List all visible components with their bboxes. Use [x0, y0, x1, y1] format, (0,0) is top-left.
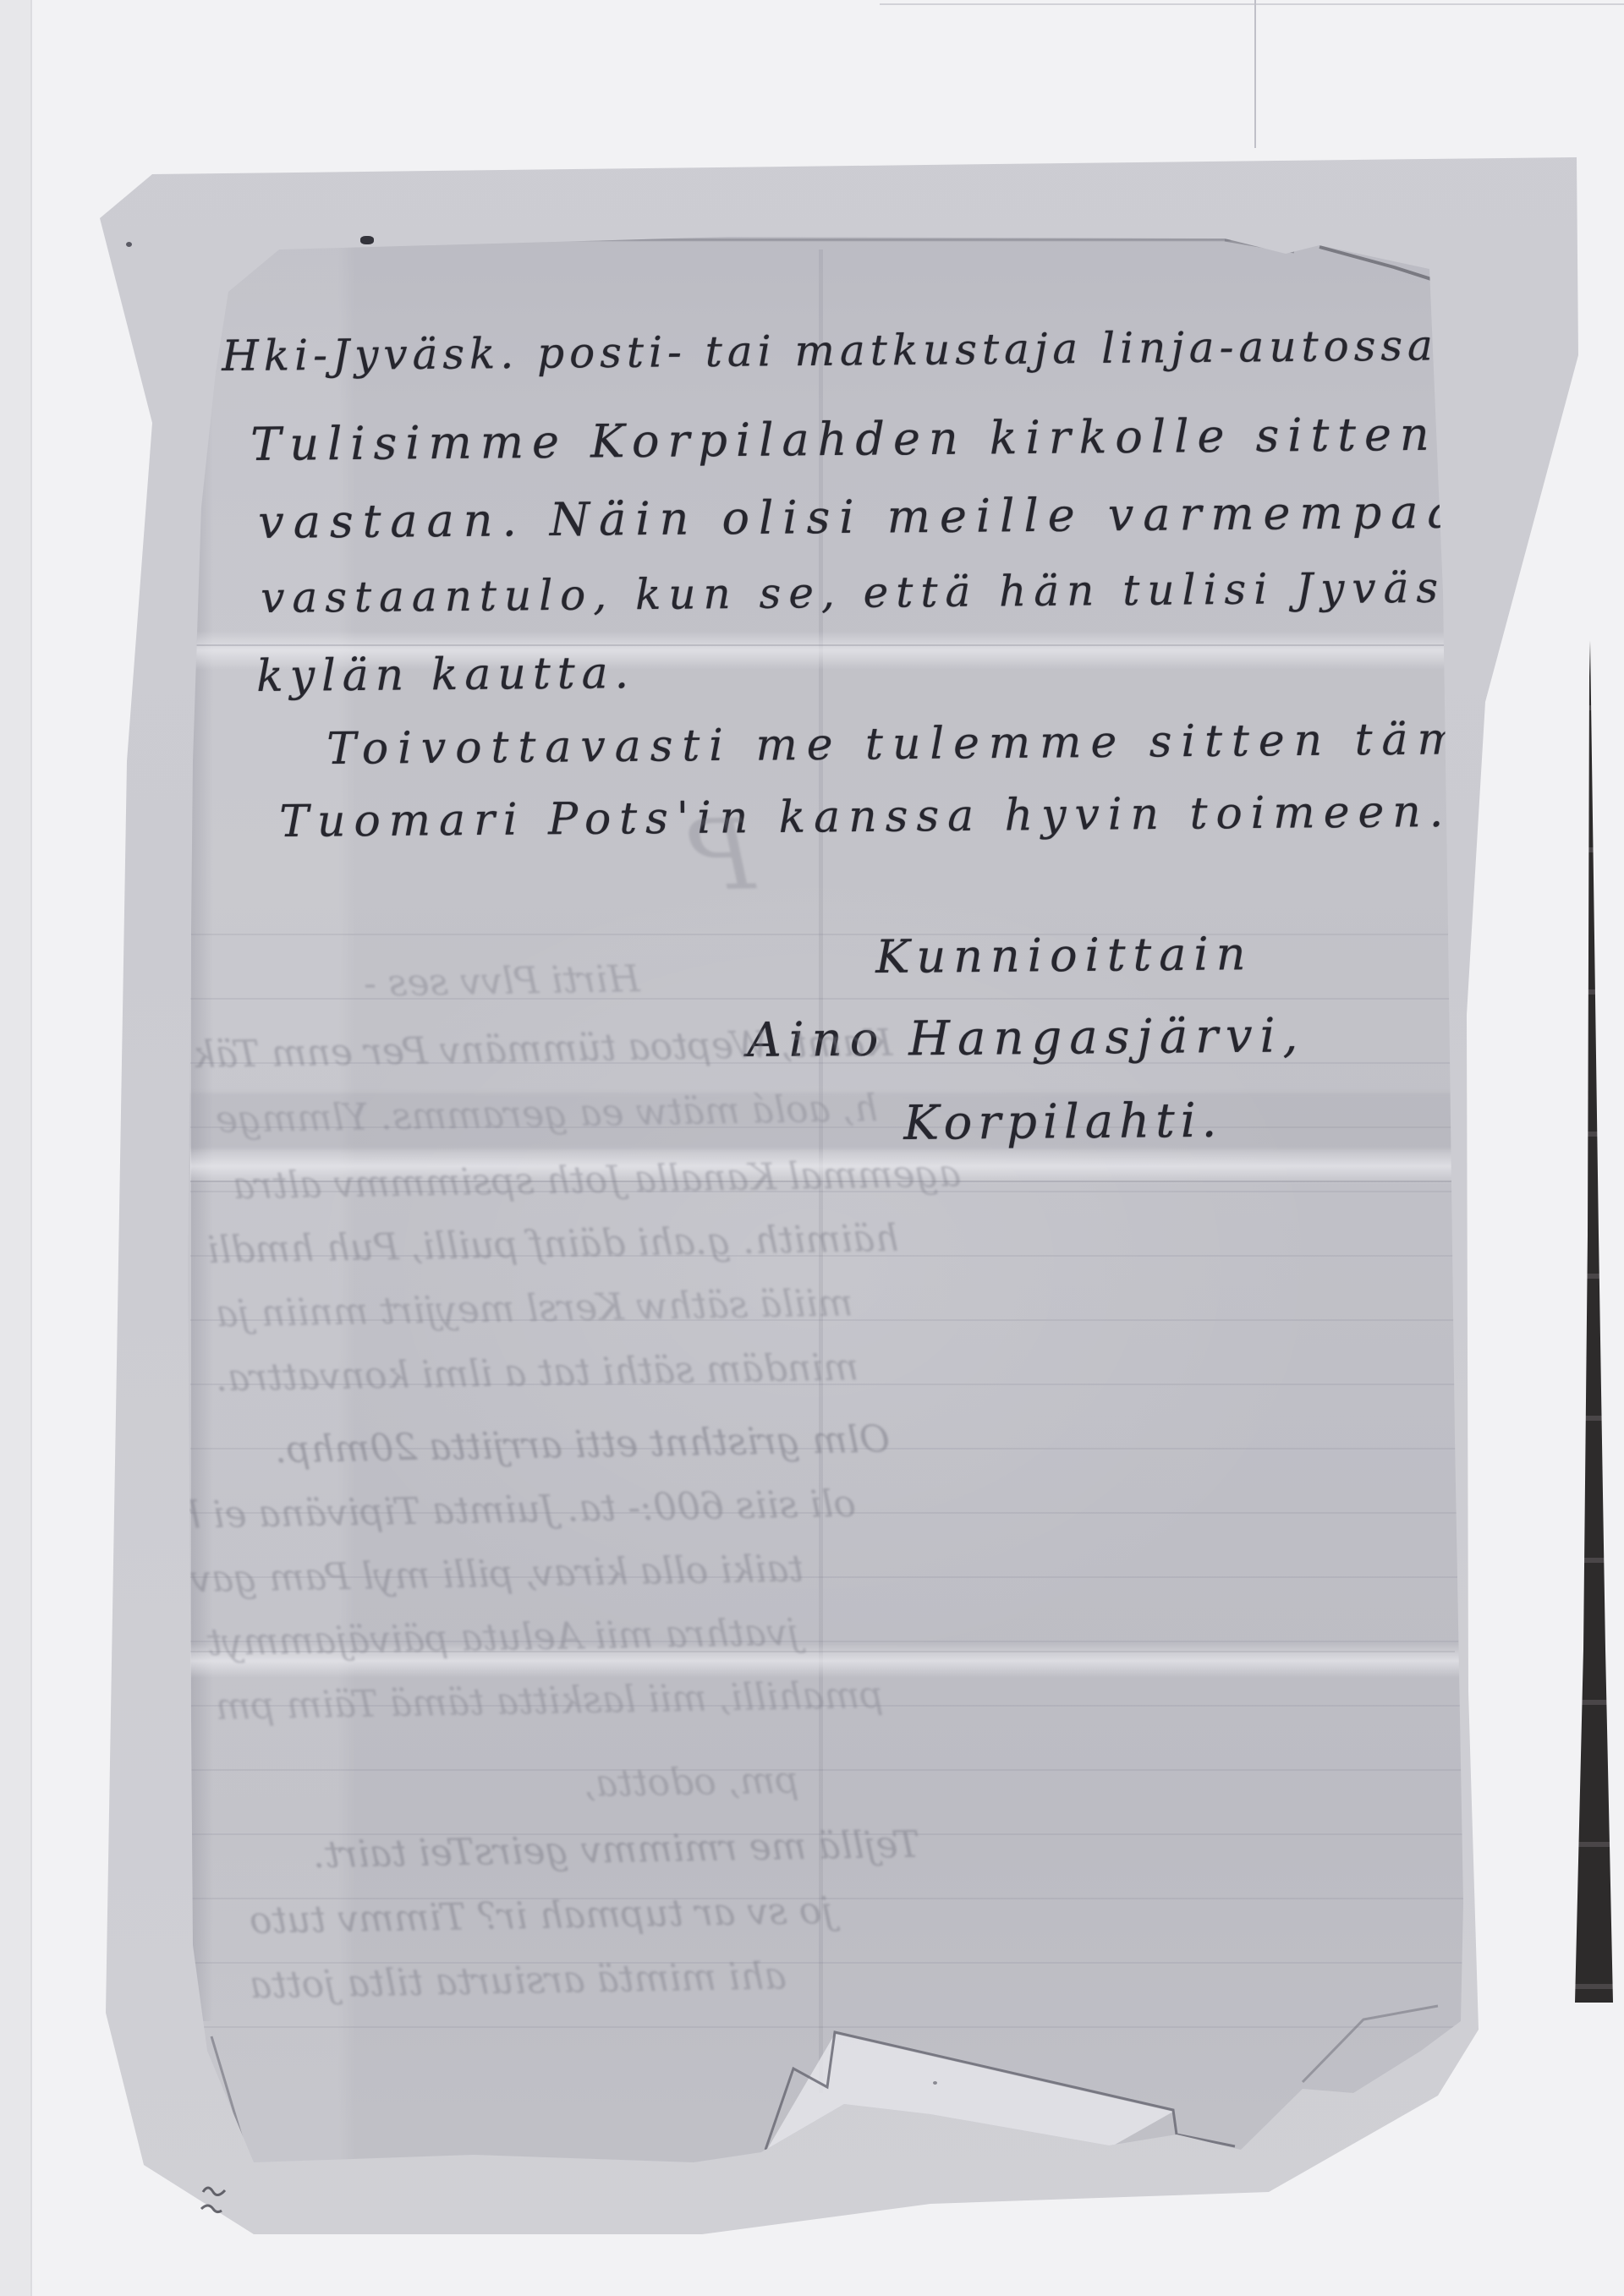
scan-speck: [933, 2081, 937, 2085]
scan-top-edge-line: [880, 3, 1624, 5]
scan-speck: [126, 242, 132, 247]
scanned-letter-page: { "document": { "kind_label": "Scanned h…: [0, 0, 1624, 2296]
scan-left-margin-strip: [0, 0, 32, 2296]
bottom-smudge-mark: [196, 2180, 247, 2231]
ink-speck-on-edge: [360, 236, 374, 244]
letter-paper: Hki-Jyväsk. posti- tai matkustaja linja-…: [0, 0, 1624, 2296]
scanner-artifact-line: [1254, 0, 1256, 148]
bottom-crease-marks: [0, 0, 1624, 2296]
